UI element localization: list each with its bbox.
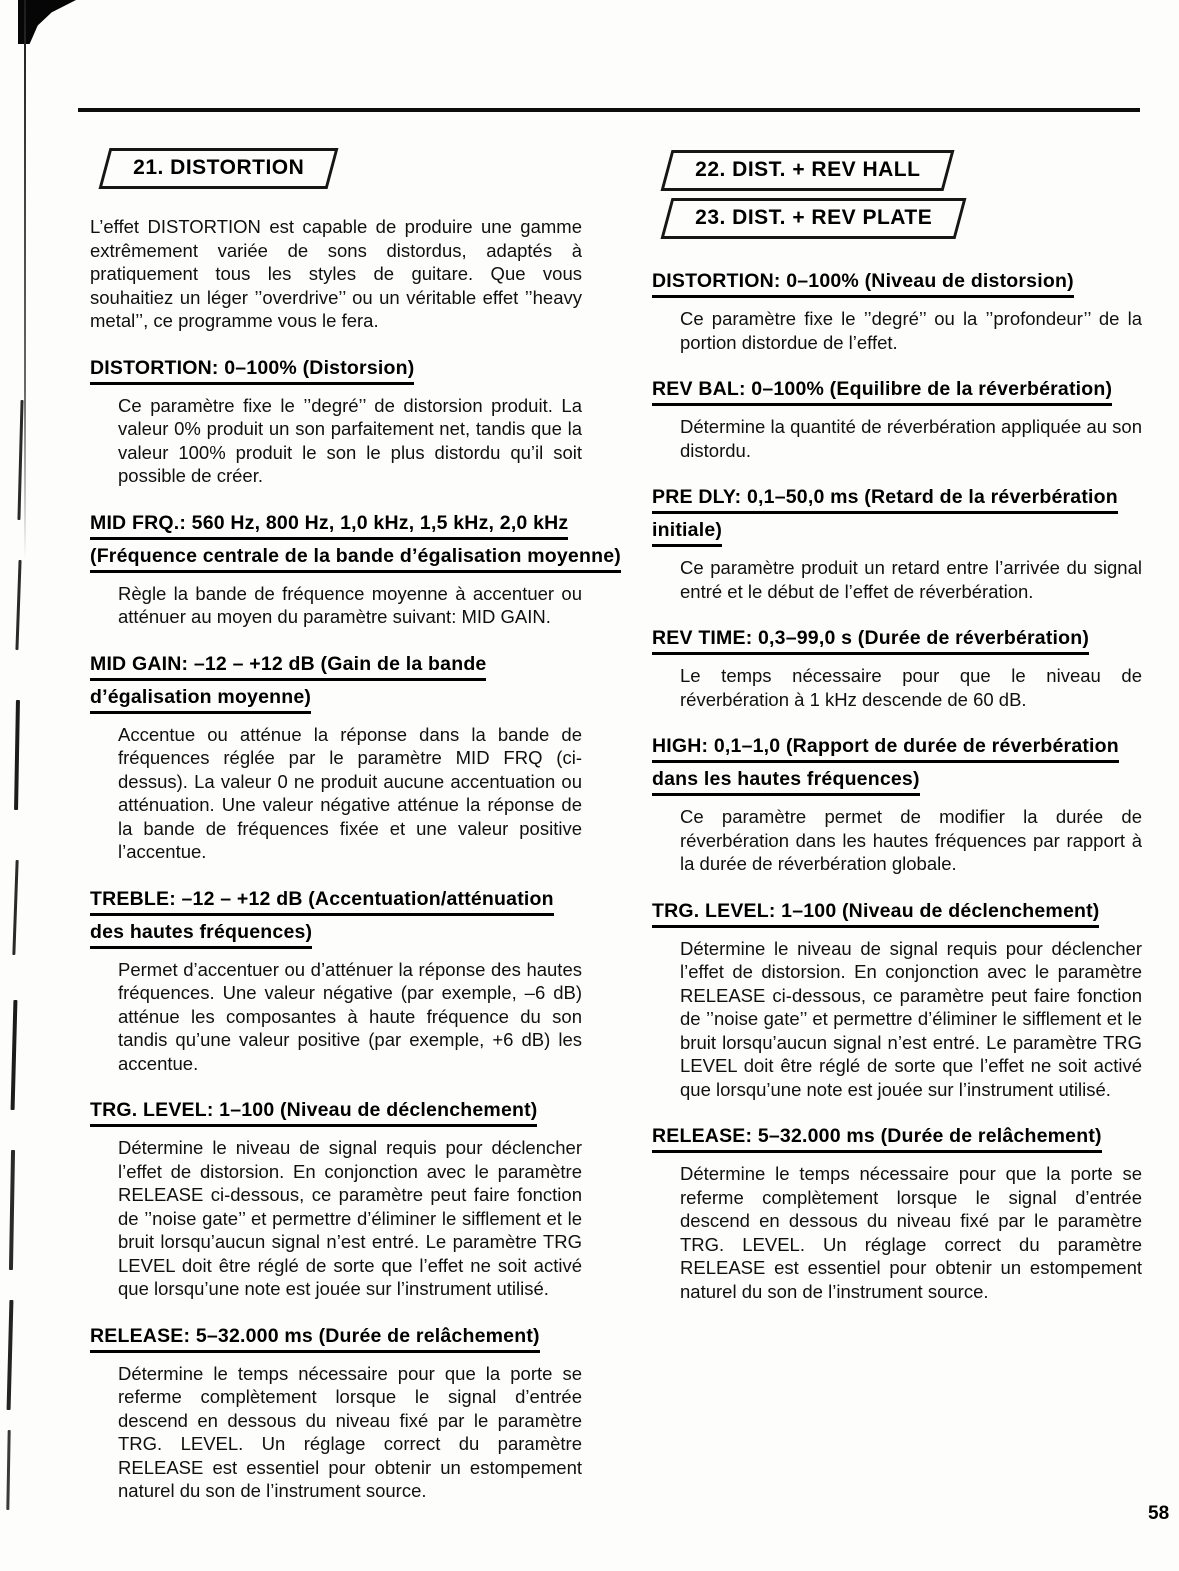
section-heading: DISTORTION: 0–100% (Niveau de distorsion… — [652, 265, 1142, 298]
section-heading: PRE DLY: 0,1–50,0 ms (Retard de la réver… — [652, 481, 1142, 514]
section-body: Détermine le temps nécessaire pour que l… — [118, 1362, 582, 1503]
section-body: Ce paramètre fixe le ’’degré’’ de distor… — [118, 394, 582, 488]
section-heading: initiale) — [652, 514, 1142, 547]
section-heading: (Fréquence centrale de la bande d’égalis… — [90, 540, 582, 573]
heading-line: initiale) — [652, 519, 722, 547]
scan-artifact — [17, 400, 23, 520]
section-body: Permet d’accentuer ou d’atténuer la répo… — [118, 958, 582, 1076]
heading-line: MID GAIN: –12 – +12 dB (Gain de la bande — [90, 653, 486, 681]
section-heading: HIGH: 0,1–1,0 (Rapport de durée de réver… — [652, 730, 1142, 763]
section-heading: REV BAL: 0–100% (Equilibre de la réverbé… — [652, 373, 1142, 406]
section-body: Ce paramètre permet de modifier la durée… — [680, 805, 1142, 876]
section-heading: MID GAIN: –12 – +12 dB (Gain de la bande — [90, 648, 582, 681]
program-title: 22. DIST. + REV HALL — [695, 158, 920, 182]
section-heading: REV TIME: 0,3–99,0 s (Durée de réverbéra… — [652, 622, 1142, 655]
section-heading: DISTORTION: 0–100% (Distorsion) — [90, 352, 582, 385]
section-heading: d’égalisation moyenne) — [90, 681, 582, 714]
section-mid-frq: MID FRQ.: 560 Hz, 800 Hz, 1,0 kHz, 1,5 k… — [90, 507, 582, 629]
left-column: 21. DISTORTION L’effet DISTORTION est ca… — [90, 148, 582, 1503]
heading-line: des hautes fréquences) — [90, 921, 312, 949]
scan-artifact — [6, 1430, 10, 1510]
program-title-box-21-distortion: 21. DISTORTION — [99, 148, 339, 189]
heading-line: (Fréquence centrale de la bande d’égalis… — [90, 545, 621, 573]
section-release: RELEASE: 5–32.000 ms (Durée de relâcheme… — [90, 1320, 582, 1503]
section-rev-bal: REV BAL: 0–100% (Equilibre de la réverbé… — [652, 373, 1142, 462]
scan-artifact — [15, 560, 21, 650]
heading-line: TREBLE: –12 – +12 dB (Accentuation/attén… — [90, 888, 554, 916]
page-number: 58 — [1148, 1503, 1169, 1525]
section-heading: MID FRQ.: 560 Hz, 800 Hz, 1,0 kHz, 1,5 k… — [90, 507, 582, 540]
scan-artifact — [14, 700, 20, 810]
section-trg-level: TRG. LEVEL: 1–100 (Niveau de déclencheme… — [90, 1094, 582, 1301]
heading-line: HIGH: 0,1–1,0 (Rapport de durée de réver… — [652, 735, 1119, 763]
scan-artifact-edge-line — [24, 0, 26, 560]
heading-line: REV TIME: 0,3–99,0 s (Durée de réverbéra… — [652, 627, 1089, 655]
heading-line: d’égalisation moyenne) — [90, 686, 311, 714]
manual-page: 21. DISTORTION L’effet DISTORTION est ca… — [0, 0, 1179, 1571]
scan-artifact — [9, 1150, 15, 1270]
section-body: Ce paramètre produit un retard entre l’a… — [680, 556, 1142, 603]
section-mid-gain: MID GAIN: –12 – +12 dB (Gain de la bande… — [90, 648, 582, 864]
section-heading: TREBLE: –12 – +12 dB (Accentuation/attén… — [90, 883, 582, 916]
section-distortion: DISTORTION: 0–100% (Distorsion) Ce param… — [90, 352, 582, 488]
section-body: Détermine le temps nécessaire pour que l… — [680, 1162, 1142, 1303]
program-title-box-23-dist-rev-plate: 23. DIST. + REV PLATE — [661, 198, 967, 239]
section-release: RELEASE: 5–32.000 ms (Durée de relâcheme… — [652, 1120, 1142, 1303]
heading-line: TRG. LEVEL: 1–100 (Niveau de déclencheme… — [90, 1099, 537, 1127]
section-pre-dly: PRE DLY: 0,1–50,0 ms (Retard de la réver… — [652, 481, 1142, 603]
program-title: 23. DIST. + REV PLATE — [695, 206, 932, 230]
section-body: Le temps nécessaire pour que le niveau d… — [680, 664, 1142, 711]
page-top-rule — [78, 108, 1140, 112]
section-heading: des hautes fréquences) — [90, 916, 582, 949]
scan-artifact — [12, 860, 18, 955]
heading-line: MID FRQ.: 560 Hz, 800 Hz, 1,0 kHz, 1,5 k… — [90, 512, 568, 540]
section-rev-time: REV TIME: 0,3–99,0 s (Durée de réverbéra… — [652, 622, 1142, 711]
heading-line: RELEASE: 5–32.000 ms (Durée de relâcheme… — [652, 1125, 1102, 1153]
section-distortion: DISTORTION: 0–100% (Niveau de distorsion… — [652, 265, 1142, 354]
section-heading: dans les hautes fréquences) — [652, 763, 1142, 796]
section-treble: TREBLE: –12 – +12 dB (Accentuation/attén… — [90, 883, 582, 1076]
scan-artifact — [11, 1000, 18, 1110]
section-body: Ce paramètre fixe le ’’degré’’ ou la ’’p… — [680, 307, 1142, 354]
heading-line: dans les hautes fréquences) — [652, 768, 920, 796]
section-body: Détermine la quantité de réverbération a… — [680, 415, 1142, 462]
heading-line: DISTORTION: 0–100% (Niveau de distorsion… — [652, 270, 1074, 298]
heading-line: DISTORTION: 0–100% (Distorsion) — [90, 357, 414, 385]
section-heading: RELEASE: 5–32.000 ms (Durée de relâcheme… — [90, 1320, 582, 1353]
section-trg-level: TRG. LEVEL: 1–100 (Niveau de déclencheme… — [652, 895, 1142, 1102]
heading-line: RELEASE: 5–32.000 ms (Durée de relâcheme… — [90, 1325, 540, 1353]
heading-line: TRG. LEVEL: 1–100 (Niveau de déclencheme… — [652, 900, 1099, 928]
scan-artifact — [7, 1300, 14, 1410]
intro-paragraph: L’effet DISTORTION est capable de produi… — [90, 215, 582, 333]
section-body: Détermine le niveau de signal requis pou… — [680, 937, 1142, 1102]
scan-artifact-corner — [18, 0, 76, 44]
section-heading: TRG. LEVEL: 1–100 (Niveau de déclencheme… — [652, 895, 1142, 928]
section-heading: RELEASE: 5–32.000 ms (Durée de relâcheme… — [652, 1120, 1142, 1153]
section-body: Détermine le niveau de signal requis pou… — [118, 1136, 582, 1301]
heading-line: PRE DLY: 0,1–50,0 ms (Retard de la réver… — [652, 486, 1118, 514]
right-column: 22. DIST. + REV HALL 23. DIST. + REV PLA… — [652, 150, 1142, 1303]
section-heading: TRG. LEVEL: 1–100 (Niveau de déclencheme… — [90, 1094, 582, 1127]
section-body: Règle la bande de fréquence moyenne à ac… — [118, 582, 582, 629]
program-title: 21. DISTORTION — [133, 156, 304, 180]
program-title-box-22-dist-rev-hall: 22. DIST. + REV HALL — [661, 150, 955, 191]
section-high: HIGH: 0,1–1,0 (Rapport de durée de réver… — [652, 730, 1142, 876]
section-body: Accentue ou atténue la réponse dans la b… — [118, 723, 582, 864]
heading-line: REV BAL: 0–100% (Equilibre de la réverbé… — [652, 378, 1112, 406]
